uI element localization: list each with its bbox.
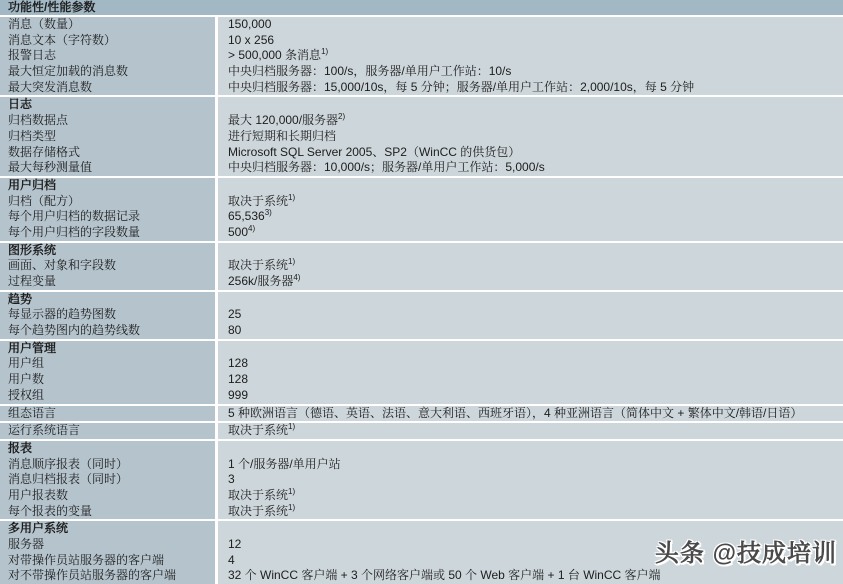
table-row: 最大突发消息数中央归档服务器：15,000/10s，每 5 分钟；服务器/单用户… (0, 80, 843, 96)
table-group: 用户管理用户组128用户数128授权组999 (0, 341, 843, 404)
table-row: 最大每秒测量值中央归档服务器：10,000/s；服务器/单用户工作站：5,000… (0, 160, 843, 176)
row-label: 每个用户归档的数据记录 (0, 209, 215, 225)
section-header-row: 用户归档 (0, 178, 843, 194)
row-label: 归档数据点 (0, 113, 215, 129)
row-value: 取决于系统1) (218, 504, 843, 520)
row-value: 128 (218, 356, 843, 372)
table-row: 报警日志> 500,000 条消息1) (0, 48, 843, 64)
row-label: 用户数 (0, 372, 215, 388)
footnote-marker: 3) (265, 209, 272, 217)
table-row: 用户组128 (0, 356, 843, 372)
row-label: 报警日志 (0, 48, 215, 64)
row-label: 运行系统语言 (0, 423, 215, 439)
row-label: 归档类型 (0, 129, 215, 145)
row-label: 每个趋势图内的趋势线数 (0, 323, 215, 339)
table-row: 对不带操作员站服务器的客户端32 个 WinCC 客户端 + 3 个网络客户端或… (0, 568, 843, 584)
row-value: 5004) (218, 225, 843, 241)
row-label: 数据存储格式 (0, 145, 215, 161)
row-label: 趋势 (0, 292, 215, 308)
footnote-marker: 1) (288, 504, 295, 512)
row-label: 每个报表的变量 (0, 504, 215, 520)
row-value: 5 种欧洲语言（德语、英语、法语、意大利语、西班牙语），4 种亚洲语言（简体中文… (218, 406, 843, 422)
row-value: 进行短期和长期归档 (218, 129, 843, 145)
footnote-marker: 4) (248, 225, 255, 233)
row-label: 消息（数量） (0, 17, 215, 33)
row-label: 服务器 (0, 537, 215, 553)
row-value: 128 (218, 372, 843, 388)
table-row: 授权组999 (0, 388, 843, 404)
row-label: 图形系统 (0, 243, 215, 259)
table-row: 每个报表的变量取决于系统1) (0, 504, 843, 520)
row-value: 65,5363) (218, 209, 843, 225)
table-row: 归档（配方）取决于系统1) (0, 194, 843, 210)
section-header-row: 报表 (0, 441, 843, 457)
table-row: 消息文本（字符数）10 x 256 (0, 33, 843, 49)
row-label: 组态语言 (0, 406, 215, 422)
table-row: 归档类型进行短期和长期归档 (0, 129, 843, 145)
row-label: 用户组 (0, 356, 215, 372)
row-label: 过程变量 (0, 274, 215, 290)
table-row: 每个用户归档的数据记录65,5363) (0, 209, 843, 225)
row-label: 多用户系统 (0, 521, 215, 537)
row-value: 1 个/服务器/单用户站 (218, 457, 843, 473)
table-group: 运行系统语言取决于系统1) (0, 423, 843, 439)
row-value: Microsoft SQL Server 2005、SP2（WinCC 的供货包… (218, 145, 843, 161)
table-row: 归档数据点最大 120,000/服务器2) (0, 113, 843, 129)
table-row: 用户报表数取决于系统1) (0, 488, 843, 504)
row-value: 取决于系统1) (218, 423, 843, 439)
table-row: 每个趋势图内的趋势线数80 (0, 323, 843, 339)
section-header-row: 图形系统 (0, 243, 843, 259)
row-label: 消息顺序报表（同时） (0, 457, 215, 473)
row-label: 画面、对象和字段数 (0, 258, 215, 274)
table-row: 数据存储格式Microsoft SQL Server 2005、SP2（WinC… (0, 145, 843, 161)
table-row: 每显示器的趋势图数25 (0, 307, 843, 323)
table-row: 最大恒定加载的消息数中央归档服务器：100/s，服务器/单用户工作站：10/s (0, 64, 843, 80)
row-value: 3 (218, 472, 843, 488)
row-value (218, 292, 843, 308)
watermark: 头条 @技成培训 (655, 533, 837, 568)
table-group: 趋势每显示器的趋势图数25每个趋势图内的趋势线数80 (0, 292, 843, 339)
table-body: 消息（数量）150,000消息文本（字符数）10 x 256报警日志> 500,… (0, 17, 843, 584)
row-label: 最大恒定加载的消息数 (0, 64, 215, 80)
section-header-row: 用户管理 (0, 341, 843, 357)
row-value (218, 341, 843, 357)
row-value: 256k/服务器4) (218, 274, 843, 290)
row-label: 用户报表数 (0, 488, 215, 504)
footnote-marker: 1) (321, 48, 328, 56)
section-header-row: 日志 (0, 97, 843, 113)
table-row: 消息（数量）150,000 (0, 17, 843, 33)
row-value: > 500,000 条消息1) (218, 48, 843, 64)
row-label: 归档（配方） (0, 194, 215, 210)
row-value: 最大 120,000/服务器2) (218, 113, 843, 129)
row-label: 每显示器的趋势图数 (0, 307, 215, 323)
row-label: 最大突发消息数 (0, 80, 215, 96)
footnote-marker: 1) (288, 488, 295, 496)
row-value (218, 441, 843, 457)
row-label: 授权组 (0, 388, 215, 404)
table-row: 画面、对象和字段数取决于系统1) (0, 258, 843, 274)
row-value: 取决于系统1) (218, 258, 843, 274)
table-row: 消息归档报表（同时）3 (0, 472, 843, 488)
row-label: 每个用户归档的字段数量 (0, 225, 215, 241)
table-row: 每个用户归档的字段数量5004) (0, 225, 843, 241)
row-value: 80 (218, 323, 843, 339)
row-label: 报表 (0, 441, 215, 457)
row-value (218, 97, 843, 113)
row-value: 中央归档服务器：100/s，服务器/单用户工作站：10/s (218, 64, 843, 80)
row-value: 25 (218, 307, 843, 323)
table-row: 组态语言5 种欧洲语言（德语、英语、法语、意大利语、西班牙语），4 种亚洲语言（… (0, 406, 843, 422)
footnote-marker: 1) (288, 258, 295, 266)
table-group: 图形系统画面、对象和字段数取决于系统1)过程变量256k/服务器4) (0, 243, 843, 290)
row-value: 取决于系统1) (218, 488, 843, 504)
row-label: 消息归档报表（同时） (0, 472, 215, 488)
section-header-row: 趋势 (0, 292, 843, 308)
row-value: 中央归档服务器：10,000/s；服务器/单用户工作站：5,000/s (218, 160, 843, 176)
table-row: 运行系统语言取决于系统1) (0, 423, 843, 439)
row-label: 对带操作员站服务器的客户端 (0, 553, 215, 569)
table-group: 报表消息顺序报表（同时）1 个/服务器/单用户站消息归档报表（同时）3用户报表数… (0, 441, 843, 519)
table-row: 用户数128 (0, 372, 843, 388)
table-group: 用户归档归档（配方）取决于系统1)每个用户归档的数据记录65,5363)每个用户… (0, 178, 843, 241)
table-row: 过程变量256k/服务器4) (0, 274, 843, 290)
row-value: 取决于系统1) (218, 194, 843, 210)
table-group: 日志归档数据点最大 120,000/服务器2)归档类型进行短期和长期归档数据存储… (0, 97, 843, 175)
row-label: 最大每秒测量值 (0, 160, 215, 176)
row-label: 用户归档 (0, 178, 215, 194)
footnote-marker: 1) (288, 423, 295, 431)
table-group: 消息（数量）150,000消息文本（字符数）10 x 256报警日志> 500,… (0, 17, 843, 95)
footnote-marker: 4) (293, 274, 300, 282)
row-label: 对不带操作员站服务器的客户端 (0, 568, 215, 584)
row-value: 32 个 WinCC 客户端 + 3 个网络客户端或 50 个 Web 客户端 … (218, 568, 843, 584)
row-value: 中央归档服务器：15,000/10s，每 5 分钟；服务器/单用户工作站：2,0… (218, 80, 843, 96)
row-label: 用户管理 (0, 341, 215, 357)
row-value: 999 (218, 388, 843, 404)
row-value (218, 243, 843, 259)
table-row: 消息顺序报表（同时）1 个/服务器/单用户站 (0, 457, 843, 473)
row-label: 消息文本（字符数） (0, 33, 215, 49)
spec-table-page: 功能性/性能参数 消息（数量）150,000消息文本（字符数）10 x 256报… (0, 0, 843, 584)
table-title-row: 功能性/性能参数 (0, 0, 843, 15)
table-group: 组态语言5 种欧洲语言（德语、英语、法语、意大利语、西班牙语），4 种亚洲语言（… (0, 406, 843, 422)
footnote-marker: 1) (288, 194, 295, 202)
row-value: 10 x 256 (218, 33, 843, 49)
row-value: 150,000 (218, 17, 843, 33)
row-label: 日志 (0, 97, 215, 113)
footnote-marker: 2) (338, 113, 345, 121)
row-value (218, 178, 843, 194)
